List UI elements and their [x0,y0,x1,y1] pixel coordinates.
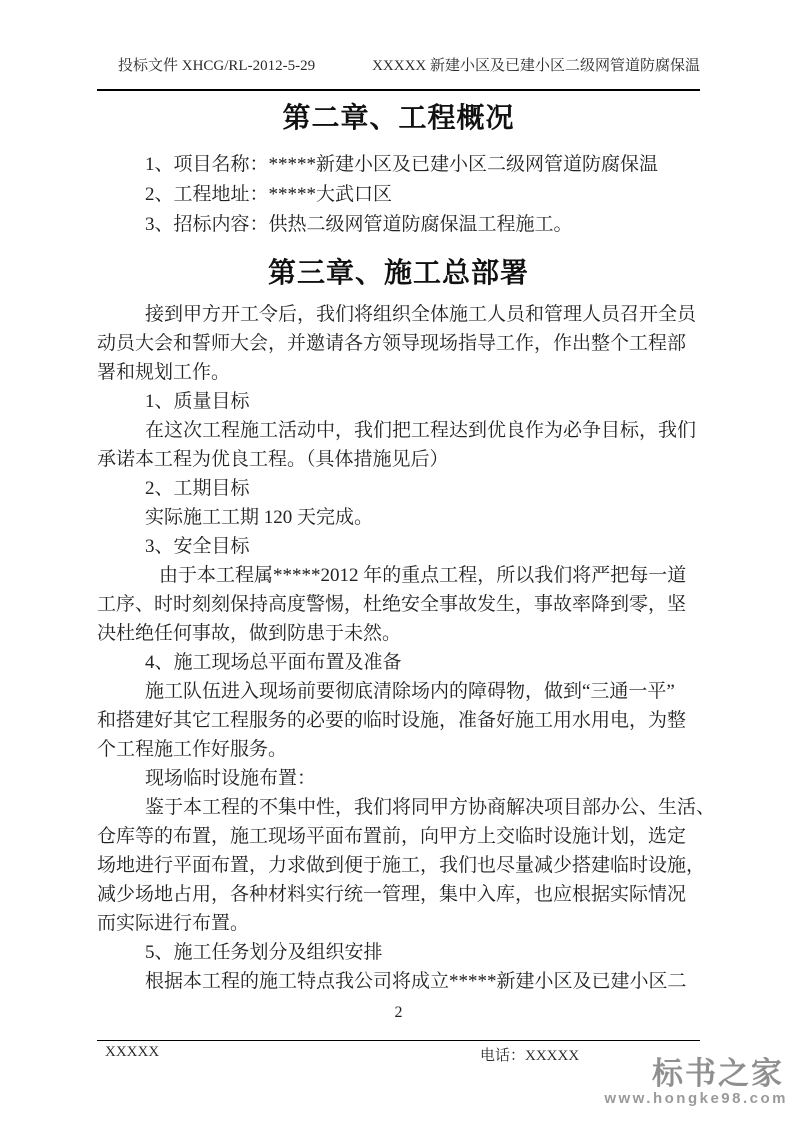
body-line: 1、质量目标 [97,387,700,416]
chapter3-body: 接到甲方开工令后，我们将组织全体施工人员和管理人员召开全员动员大会和誓师大会，并… [97,300,700,996]
footer-company: XXXXX [105,1044,159,1061]
body-line: 减少场地占用，各种材料实行统一管理，集中入库，也应根据实际情况 [97,880,700,909]
body-line: 在这次工程施工活动中，我们把工程达到优良作为必争目标，我们 [97,416,700,445]
header-project-title: XXXXX 新建小区及已建小区二级网管道防腐保温 [372,54,700,75]
document-page: 投标文件 XHCG/RL-2012-5-29 XXXXX 新建小区及已建小区二级… [0,0,793,1122]
body-line: 工序、时时刻刻保持高度警惕，杜绝安全事故发生，事故率降到零，坚 [97,590,700,619]
body-line: 由于本工程属*****2012 年的重点工程，所以我们将严把每一道 [97,561,700,590]
body-line: 实际施工工期 120 天完成。 [97,503,700,532]
watermark-url: www.hongke98.com [604,1090,788,1108]
body-line: 动员大会和誓师大会，并邀请各方领导现场指导工作，作出整个工程部 [97,329,700,358]
body-line: 3、安全目标 [97,532,700,561]
body-line: 而实际进行布置。 [97,909,700,938]
body-line: 仓库等的布置，施工现场平面布置前，向甲方上交临时设施计划，选定 [97,822,700,851]
body-line: 署和规划工作。 [97,358,700,387]
body-line: 根据本工程的施工特点我公司将成立*****新建小区及已建小区二 [97,967,700,996]
chapter2-title: 第二章、工程概况 [97,96,700,136]
watermark: 标书之家 www.hongke98.com [604,1058,788,1108]
header-doc-number: 投标文件 XHCG/RL-2012-5-29 [97,54,315,75]
body-line: 和搭建好其它工程服务的必要的临时设施，准备好施工用水用电，为整 [97,706,700,735]
footer-phone: 电话：XXXXX [480,1044,579,1065]
page-header: 投标文件 XHCG/RL-2012-5-29 XXXXX 新建小区及已建小区二级… [97,54,700,75]
body-line: 施工队伍进入现场前要彻底清除场内的障碍物，做到“三通一平” [97,677,700,706]
watermark-logo-text: 标书之家 [652,1058,784,1090]
list-item: 3、招标内容：供热二级网管道防腐保温工程施工。 [97,210,700,240]
body-line: 决杜绝任何事故，做到防患于未然。 [97,619,700,648]
list-item: 2、工程地址：*****大武口区 [97,180,700,210]
body-line: 2、工期目标 [97,474,700,503]
body-line: 现场临时设施布置： [97,764,700,793]
body-line: 5、施工任务划分及组织安排 [97,938,700,967]
body-line: 鉴于本工程的不集中性，我们将同甲方协商解决项目部办公、生活、 [97,793,700,822]
list-item: 1、项目名称：*****新建小区及已建小区二级网管道防腐保温 [97,150,700,180]
body-line: 场地进行平面布置，力求做到便于施工，我们也尽量减少搭建临时设施， [97,851,700,880]
header-rule [97,89,700,91]
body-line: 接到甲方开工令后，我们将组织全体施工人员和管理人员召开全员 [97,300,700,329]
body-line: 4、施工现场总平面布置及准备 [97,648,700,677]
page-number: 2 [97,1004,700,1022]
body-line: 承诺本工程为优良工程。（具体措施见后） [97,445,700,474]
chapter2-item-list: 1、项目名称：*****新建小区及已建小区二级网管道防腐保温2、工程地址：***… [97,150,700,240]
footer-rule [97,1040,700,1041]
chapter3-title: 第三章、施工总部署 [97,251,700,291]
body-line: 个工程施工作好服务。 [97,735,700,764]
